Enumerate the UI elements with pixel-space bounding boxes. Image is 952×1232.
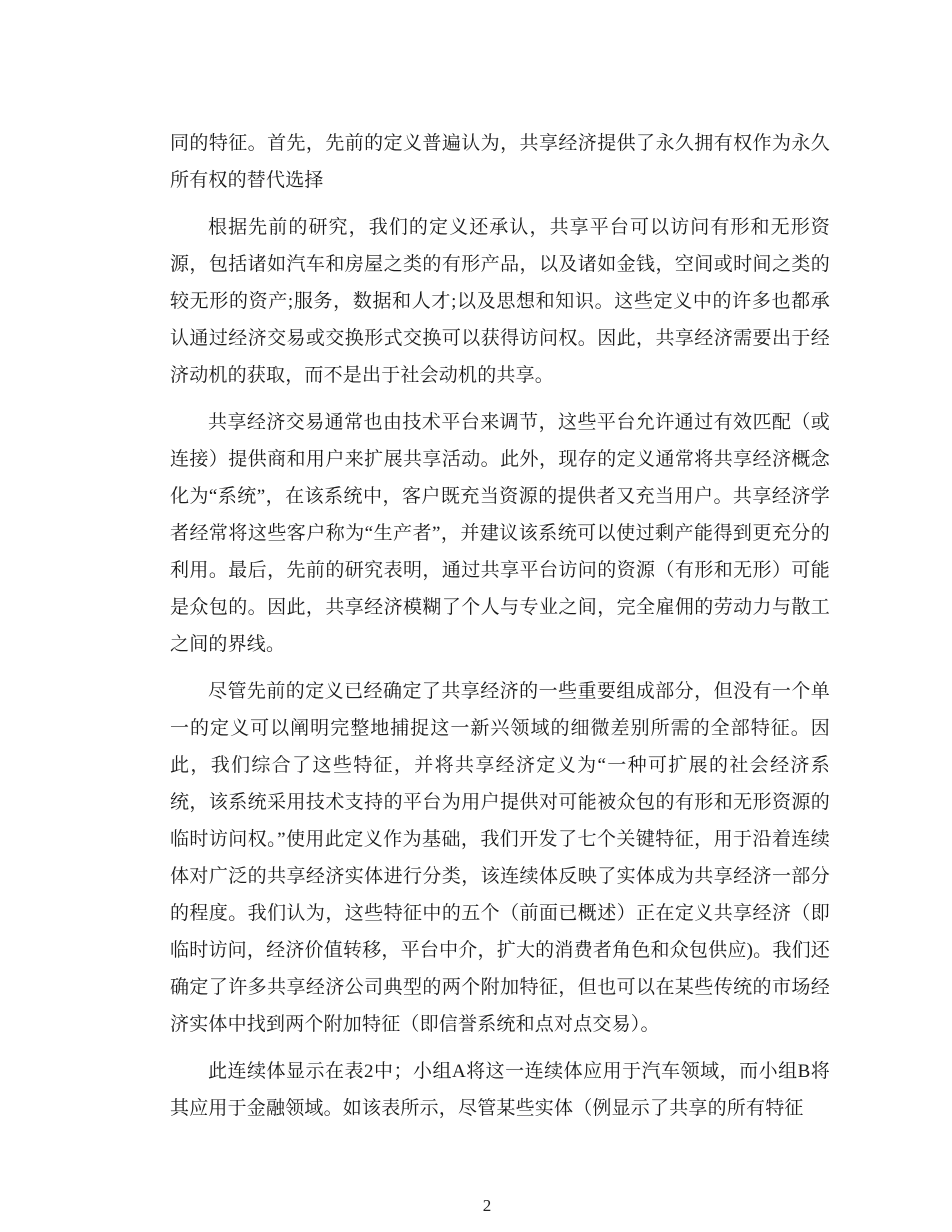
document-body: 同的特征。首先，先前的定义普遍认为，共享经济提供了永久拥有权作为永久所有权的替代… (170, 125, 830, 1137)
paragraph: 共享经济交易通常也由技术平台来调节，这些平台允许通过有效匹配（或连接）提供商和用… (170, 404, 830, 663)
paragraph-continuation: 同的特征。首先，先前的定义普遍认为，共享经济提供了永久拥有权作为永久所有权的替代… (170, 125, 830, 199)
paragraph: 尽管先前的定义已经确定了共享经济的一些重要组成部分，但没有一个单一的定义可以阐明… (170, 673, 830, 1043)
paragraph: 根据先前的研究，我们的定义还承认，共享平台可以访问有形和无形资源，包括诸如汽车和… (170, 209, 830, 394)
paragraph: 此连续体显示在表2中；小组A将这一连续体应用于汽车领域，而小组B将其应用于金融领… (170, 1053, 830, 1127)
page-footer: 2 (0, 1196, 952, 1216)
page-number: 2 (483, 1196, 492, 1216)
